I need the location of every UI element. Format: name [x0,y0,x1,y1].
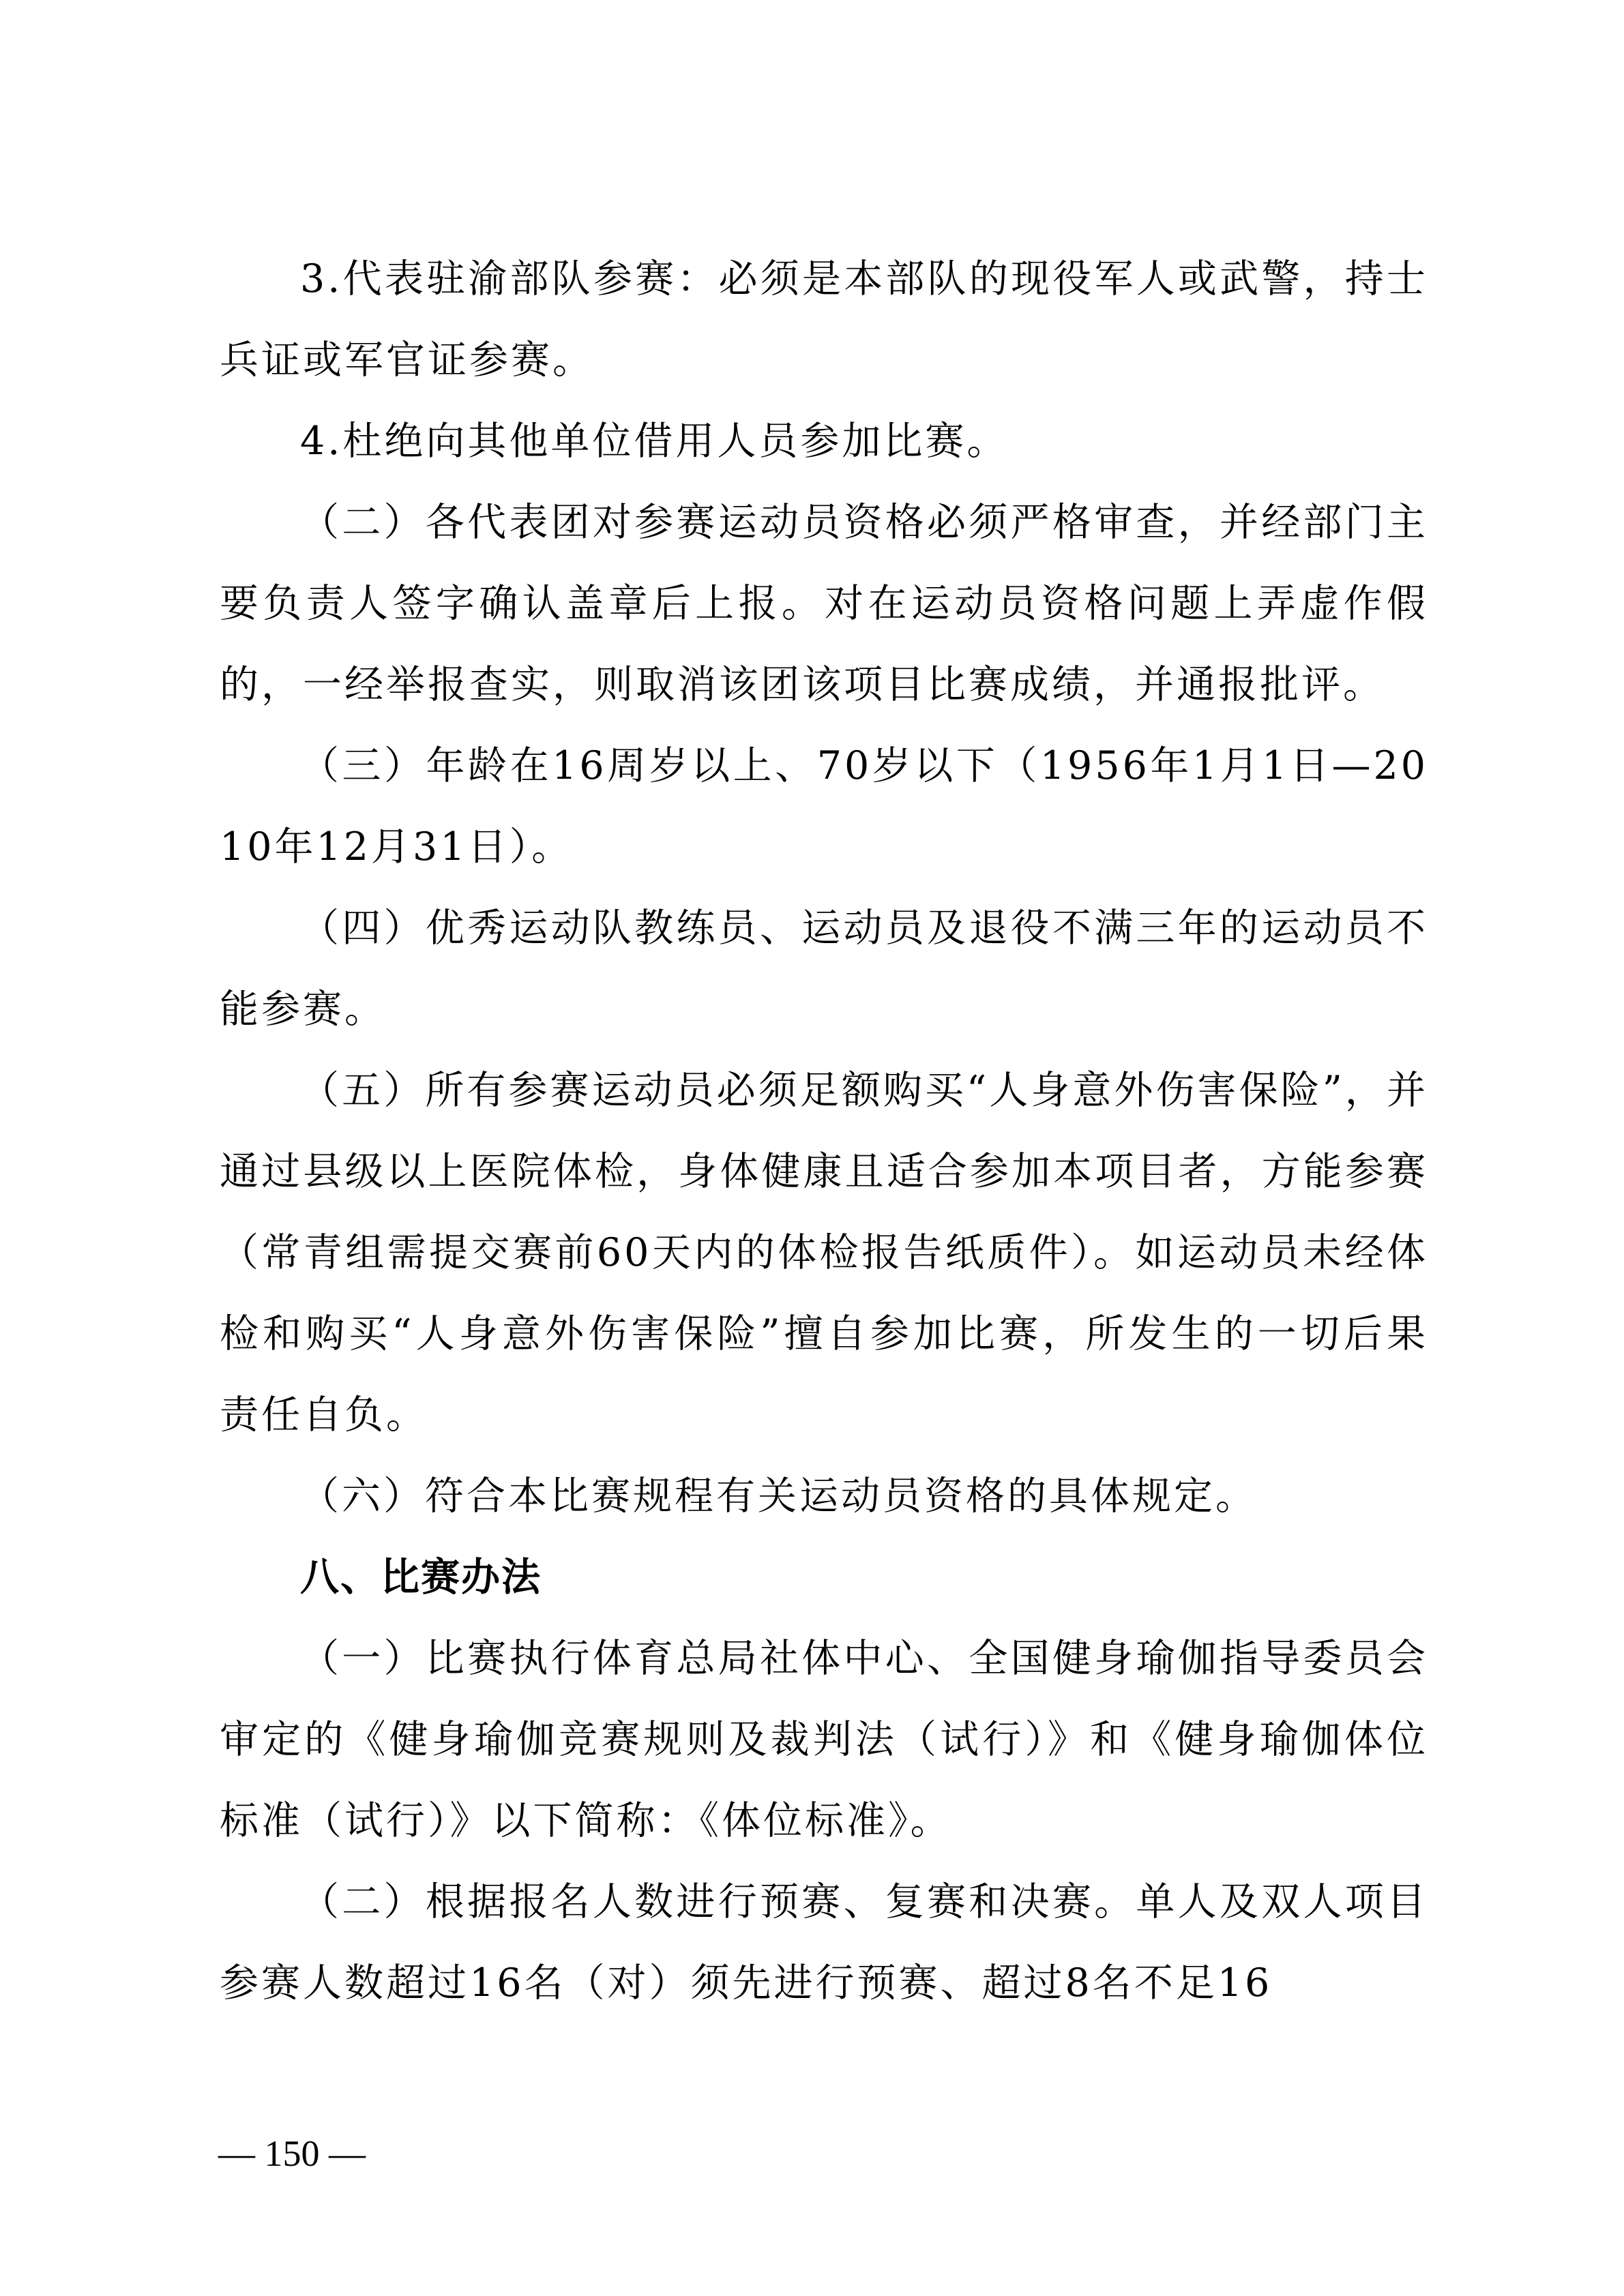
paragraph-insurance-health: （五）所有参赛运动员必须足额购买“人身意外伤害保险”，并通过县级以上医院体检，身… [220,1050,1428,1456]
paragraph-military-eligibility: 3.代表驻渝部队参赛：必须是本部队的现役军人或武警，持士兵证或军官证参赛。 [220,239,1428,401]
paragraph-no-borrowing: 4.杜绝向其他单位借用人员参加比赛。 [220,401,1428,482]
paragraph-competition-rounds: （二）根据报名人数进行预赛、复赛和决赛。单人及双人项目参赛人数超过16名（对）须… [220,1862,1428,2024]
paragraph-competition-rules: （一）比赛执行体育总局社体中心、全国健身瑜伽指导委员会审定的《健身瑜伽竞赛规则及… [220,1618,1428,1862]
paragraph-specific-rules: （六）符合本比赛规程有关运动员资格的具体规定。 [220,1456,1428,1537]
paragraph-age-requirement: （三）年龄在16周岁以上、70岁以下（1956年1月1日—2010年12月31日… [220,726,1428,888]
page-number: — 150 — [218,2126,366,2181]
section-heading-competition-method: 八、比赛办法 [220,1537,1428,1618]
paragraph-professional-exclusion: （四）优秀运动队教练员、运动员及退役不满三年的运动员不能参赛。 [220,888,1428,1050]
document-page: 3.代表驻渝部队参赛：必须是本部队的现役军人或武警，持士兵证或军官证参赛。 4.… [220,239,1428,2024]
paragraph-eligibility-review: （二）各代表团对参赛运动员资格必须严格审查，并经部门主要负责人签字确认盖章后上报… [220,482,1428,726]
